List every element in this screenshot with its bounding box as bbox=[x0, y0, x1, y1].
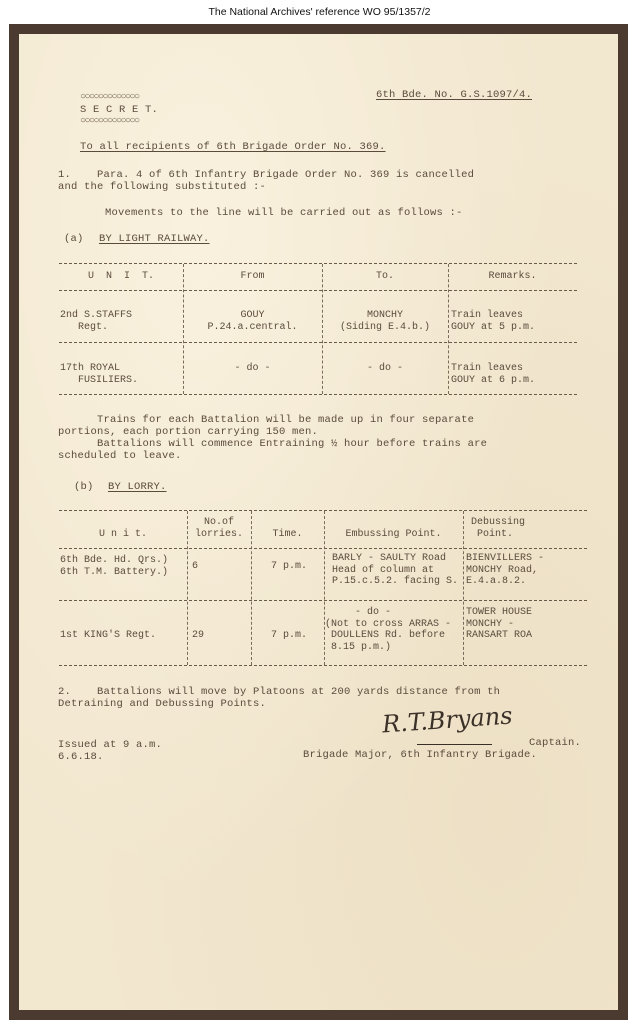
trains-note-line2: portions, each portion carrying 150 men. bbox=[58, 426, 318, 438]
rail-row2-unit: 17th ROYAL FUSILIERS. bbox=[60, 363, 138, 386]
lorry-row2-unit: 1st KING'S Regt. bbox=[60, 630, 156, 642]
circle-border-bottom: ○○○○○○○○○○○○○ bbox=[80, 116, 139, 127]
lorry-header-unit: U n i t. bbox=[59, 529, 187, 541]
rail-header-unit: U N I T. bbox=[59, 271, 183, 283]
signatory-rank: Captain. bbox=[529, 737, 581, 749]
lorry-row1-time: 7 p.m. bbox=[271, 561, 307, 573]
lorry-row2-embussing: - do - (Not to cross ARRAS - DOULLENS Rd… bbox=[325, 607, 451, 653]
rail-header-from: From bbox=[183, 271, 322, 283]
rail-row1-to: MONCHY (Siding E.4.b.) bbox=[322, 310, 448, 333]
lorry-header-time: Time. bbox=[251, 529, 324, 541]
section-a-title: BY LIGHT RAILWAY. bbox=[99, 233, 210, 245]
rail-row1-from: GOUY P.24.a.central. bbox=[183, 310, 322, 333]
rail-row1-remarks: Train leaves GOUY at 5 p.m. bbox=[451, 310, 535, 333]
signature: R.T.Bryans bbox=[381, 701, 513, 738]
lorry-row1-embussing: BARLY - SAULTY Road Head of column at P.… bbox=[332, 553, 458, 588]
addressee: To all recipients of 6th Brigade Order N… bbox=[80, 141, 386, 153]
lorry-row2-debussing: TOWER HOUSE MONCHY - RANSART ROA bbox=[466, 607, 532, 642]
lorry-row2-lorries: 29 bbox=[192, 630, 204, 642]
para1-line2: and the following substituted :- bbox=[58, 181, 266, 193]
rail-header-to: To. bbox=[322, 271, 448, 283]
lorry-header-lorries: No.of lorries. bbox=[187, 517, 251, 540]
section-a-label: (a) bbox=[64, 233, 84, 245]
lorry-row1-debussing: BIENVILLERS - MONCHY Road, E.4.a.8.2. bbox=[466, 553, 544, 588]
lorry-row1-unit: 6th Bde. Hd. Qrs.) 6th T.M. Battery.) bbox=[60, 555, 168, 578]
para1-intro: Movements to the line will be carried ou… bbox=[105, 207, 463, 219]
rail-row1-unit: 2nd S.STAFFS Regt. bbox=[60, 310, 132, 333]
reference-number: 6th Bde. No. G.S.1097/4. bbox=[376, 89, 532, 101]
rail-row2-to: - do - bbox=[322, 363, 448, 375]
section-b-title: BY LORRY. bbox=[108, 481, 167, 493]
rail-header-remarks: Remarks. bbox=[448, 271, 577, 283]
lorry-header-debussing: Debussing Point. bbox=[471, 517, 525, 540]
para2-line2: Detraining and Debussing Points. bbox=[58, 698, 266, 710]
archive-reference: The National Archives' reference WO 95/1… bbox=[0, 6, 639, 18]
trains-note-line1: Trains for each Battalion will be made u… bbox=[58, 414, 474, 426]
signature-underline bbox=[417, 744, 492, 745]
para2-line1: 2. Battalions will move by Platoons at 2… bbox=[58, 686, 500, 698]
lorry-row2-time: 7 p.m. bbox=[271, 630, 307, 642]
issued-time: Issued at 9 a.m. bbox=[58, 739, 162, 751]
lorry-header-embussing: Embussing Point. bbox=[324, 529, 463, 541]
lorry-row1-lorries: 6 bbox=[192, 561, 198, 573]
signatory-appointment: Brigade Major, 6th Infantry Brigade. bbox=[303, 749, 537, 761]
entraining-note-line2: scheduled to leave. bbox=[58, 450, 182, 462]
entraining-note-line1: Battalions will commence Entraining ½ ho… bbox=[58, 438, 487, 450]
rail-row2-remarks: Train leaves GOUY at 6 p.m. bbox=[451, 363, 535, 386]
document-page: ○○○○○○○○○○○○○ S E C R E T. ○○○○○○○○○○○○○… bbox=[19, 34, 618, 1010]
section-b-label: (b) bbox=[74, 481, 94, 493]
issued-date: 6.6.18. bbox=[58, 751, 104, 763]
para1-line1: 1. Para. 4 of 6th Infantry Brigade Order… bbox=[58, 169, 474, 181]
circle-border-top: ○○○○○○○○○○○○○ bbox=[80, 92, 139, 103]
rail-row2-from: - do - bbox=[183, 363, 322, 375]
classification: S E C R E T. bbox=[80, 104, 158, 116]
